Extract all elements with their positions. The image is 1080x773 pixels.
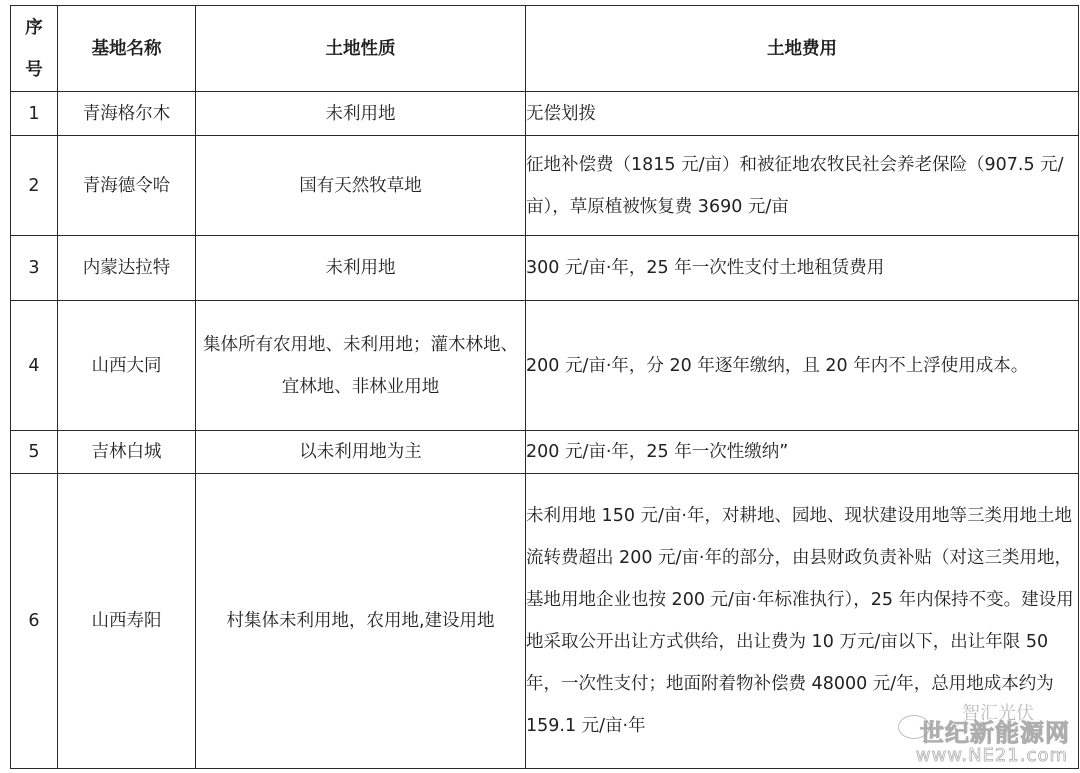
header-index: 序 号 xyxy=(11,6,58,92)
cell-land-cost: 无偿划拨 xyxy=(526,92,1079,136)
table-row: 6 山西寿阳 村集体未利用地，农用地,建设用地 未利用地 150 元/亩·年，对… xyxy=(11,474,1079,769)
cell-index: 6 xyxy=(11,474,58,769)
cell-land-nature: 村集体未利用地，农用地,建设用地 xyxy=(196,474,526,769)
table-row: 3 内蒙达拉特 未利用地 300 元/亩·年，25 年一次性支付土地租赁费用 xyxy=(11,236,1079,301)
cell-land-nature: 集体所有农用地、未利用地；灌木林地、宜林地、非林业用地 xyxy=(196,301,526,431)
table-row: 5 吉林白城 以未利用地为主 200 元/亩·年，25 年一次性缴纳” xyxy=(11,431,1079,474)
table-row: 1 青海格尔木 未利用地 无偿划拨 xyxy=(11,92,1079,136)
cell-land-cost: 300 元/亩·年，25 年一次性支付土地租赁费用 xyxy=(526,236,1079,301)
cell-land-nature: 未利用地 xyxy=(196,236,526,301)
table-row: 4 山西大同 集体所有农用地、未利用地；灌木林地、宜林地、非林业用地 200 元… xyxy=(11,301,1079,431)
cell-land-nature: 以未利用地为主 xyxy=(196,431,526,474)
cell-index: 3 xyxy=(11,236,58,301)
header-land-nature: 土地性质 xyxy=(196,6,526,92)
cell-land-cost: 200 元/亩·年，分 20 年逐年缴纳，且 20 年内不上浮使用成本。 xyxy=(526,301,1079,431)
cell-land-cost: 200 元/亩·年，25 年一次性缴纳” xyxy=(526,431,1079,474)
header-base-name: 基地名称 xyxy=(58,6,196,92)
cell-land-nature: 未利用地 xyxy=(196,92,526,136)
header-land-cost: 土地费用 xyxy=(526,6,1079,92)
cell-base-name: 山西大同 xyxy=(58,301,196,431)
cell-index: 1 xyxy=(11,92,58,136)
cell-index: 2 xyxy=(11,136,58,236)
cell-base-name: 青海德令哈 xyxy=(58,136,196,236)
cell-land-nature: 国有天然牧草地 xyxy=(196,136,526,236)
cell-land-cost: 未利用地 150 元/亩·年，对耕地、园地、现状建设用地等三类用地土地流转费超出… xyxy=(526,474,1079,769)
cell-base-name: 青海格尔木 xyxy=(58,92,196,136)
land-cost-table: 序 号 基地名称 土地性质 土地费用 1 青海格尔木 未利用地 无偿划拨 2 青… xyxy=(10,5,1079,769)
table-row: 2 青海德令哈 国有天然牧草地 征地补偿费（1815 元/亩）和被征地农牧民社会… xyxy=(11,136,1079,236)
cell-base-name: 山西寿阳 xyxy=(58,474,196,769)
cell-land-cost: 征地补偿费（1815 元/亩）和被征地农牧民社会养老保险（907.5 元/亩），… xyxy=(526,136,1079,236)
document-page: 序 号 基地名称 土地性质 土地费用 1 青海格尔木 未利用地 无偿划拨 2 青… xyxy=(0,0,1080,773)
cell-index: 4 xyxy=(11,301,58,431)
table-header-row: 序 号 基地名称 土地性质 土地费用 xyxy=(11,6,1079,92)
cell-index: 5 xyxy=(11,431,58,474)
cell-base-name: 内蒙达拉特 xyxy=(58,236,196,301)
cell-base-name: 吉林白城 xyxy=(58,431,196,474)
